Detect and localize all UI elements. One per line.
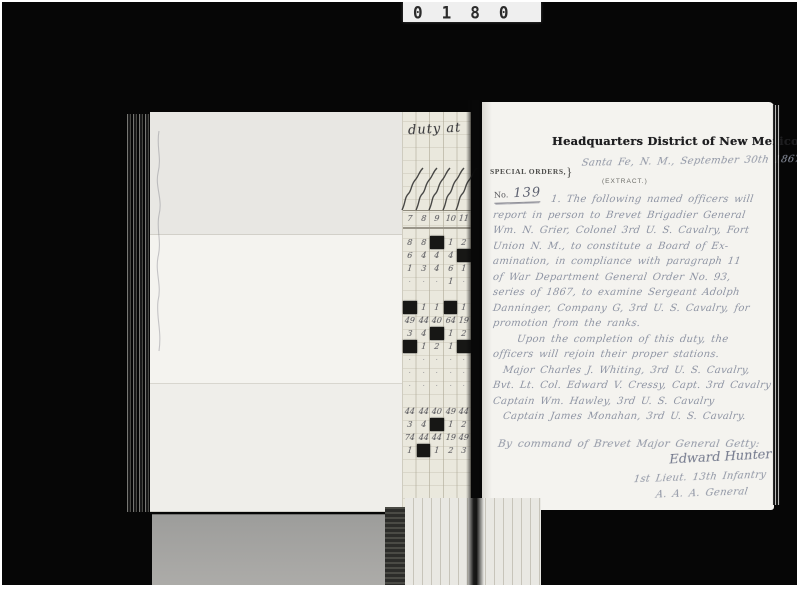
right-page: Headquarters District of New Mexico. San… bbox=[482, 102, 774, 510]
page-header: Headquarters District of New Mexico. bbox=[552, 134, 797, 148]
strip-data-rows: 8812644413461···1·11149444064193412121··… bbox=[403, 236, 471, 496]
tally-cell bbox=[430, 288, 445, 301]
orders-brace: } bbox=[566, 164, 573, 179]
tally-cell: 1 bbox=[430, 444, 445, 457]
closing-line: By command of Brevet Major General Getty… bbox=[497, 438, 760, 450]
tally-row: ····· bbox=[403, 353, 471, 366]
right-page-stack-edges bbox=[772, 105, 780, 505]
tally-cell: · bbox=[430, 379, 445, 392]
tally-row bbox=[403, 483, 471, 496]
tally-cell: 1 bbox=[402, 262, 417, 275]
special-orders-label: SPECIAL ORDERS,} bbox=[490, 164, 573, 180]
tally-row: 8812 bbox=[403, 236, 471, 249]
left-page-stack-edges bbox=[125, 114, 152, 512]
book-spine-shadow-bottom bbox=[466, 498, 484, 585]
frame-counter-label: 0180 bbox=[403, 2, 541, 22]
tally-cell: 3 bbox=[402, 327, 417, 340]
tally-cell bbox=[402, 457, 417, 470]
tally-cell: 4 bbox=[443, 249, 458, 262]
tally-row bbox=[403, 288, 471, 301]
tally-cell: 8 bbox=[416, 236, 431, 249]
tally-row: 111 bbox=[403, 301, 471, 314]
tally-cell: 1 bbox=[430, 301, 445, 314]
tally-row bbox=[403, 392, 471, 405]
handwritten-line: Major Charles J. Whiting, 3rd U. S. Cava… bbox=[502, 363, 772, 379]
tally-cell: 4 bbox=[430, 262, 445, 275]
margin-scribble bbox=[152, 127, 166, 357]
tally-row: 4444404944 bbox=[403, 405, 471, 418]
tally-row: ····· bbox=[403, 379, 471, 392]
tally-row: ···1· bbox=[403, 275, 471, 288]
tally-cell: 2 bbox=[430, 340, 445, 353]
strip-day-number-row: 7891011 bbox=[403, 212, 471, 229]
tally-row bbox=[403, 457, 471, 470]
tally-cell: 4 bbox=[416, 418, 431, 431]
handwritten-line: of War Department General Order No. 93, bbox=[492, 270, 772, 286]
handwritten-line: Upon the completion of this duty, the bbox=[516, 332, 772, 348]
tally-dark-cell bbox=[430, 418, 444, 431]
special-orders-text: SPECIAL ORDERS, bbox=[490, 167, 566, 176]
tally-cell bbox=[402, 470, 417, 483]
handwritten-line: promotion from the ranks. bbox=[492, 316, 772, 332]
tally-cell: · bbox=[402, 366, 417, 379]
tally-dark-cell bbox=[417, 444, 431, 457]
tally-cell: 7 bbox=[402, 212, 417, 225]
ledger-strip: duty at 7891011 8812644413461···1·111494… bbox=[402, 112, 471, 512]
tally-row: 3412 bbox=[403, 418, 471, 431]
photo-background: 0180 duty at 7891011 8812644413461···1· bbox=[2, 2, 797, 585]
tally-dark-cell bbox=[430, 327, 444, 340]
signature-name: Edward Hunter bbox=[668, 447, 773, 468]
tally-cell: · bbox=[430, 275, 445, 288]
tally-row: 13461 bbox=[403, 262, 471, 275]
tally-row: 1123 bbox=[403, 444, 471, 457]
tally-cell: 3 bbox=[402, 418, 417, 431]
blank-sheet-top bbox=[150, 112, 403, 235]
tally-cell: 44 bbox=[402, 405, 417, 418]
tally-cell: · bbox=[402, 275, 417, 288]
tally-dark-cell bbox=[444, 301, 458, 314]
tally-row: 121 bbox=[403, 340, 471, 353]
tally-row: 4944406419 bbox=[403, 314, 471, 327]
bottom-gray-page bbox=[152, 514, 385, 585]
handwritten-line: Danninger, Company G, 3rd U. S. Cavalry,… bbox=[492, 301, 772, 317]
tally-row: 6444 bbox=[403, 249, 471, 262]
tally-cell bbox=[430, 470, 445, 483]
tally-cell bbox=[430, 392, 445, 405]
handwritten-line: Bvt. Lt. Col. Edward V. Cressy, Capt. 3r… bbox=[492, 378, 772, 394]
tally-cell: 1 bbox=[402, 444, 417, 457]
bottom-page-torn-edge bbox=[385, 507, 405, 585]
handwritten-line: Union N. M., to constitute a Board of Ex… bbox=[492, 239, 772, 255]
handwritten-line: series of 1867, to examine Sergeant Adol… bbox=[492, 285, 772, 301]
strip-heading: duty at bbox=[408, 121, 462, 139]
tally-cell: 40 bbox=[430, 314, 445, 327]
extract-label: (EXTRACT.) bbox=[602, 178, 648, 185]
tally-cell: 1 bbox=[443, 340, 458, 353]
tally-cell bbox=[402, 392, 417, 405]
tally-cell: 6 bbox=[402, 249, 417, 262]
tally-cell: 40 bbox=[430, 405, 445, 418]
blank-sheet-bottom bbox=[150, 384, 403, 512]
tally-cell: 49 bbox=[402, 314, 417, 327]
tally-row: 7444441949 bbox=[403, 431, 471, 444]
tally-cell: · bbox=[430, 366, 445, 379]
tally-cell bbox=[430, 483, 445, 496]
signature-title-2: A. A. A. General bbox=[655, 486, 749, 500]
tally-cell: · bbox=[430, 353, 445, 366]
tally-dark-cell bbox=[430, 236, 444, 249]
left-page bbox=[150, 112, 403, 512]
tally-cell: 4 bbox=[416, 327, 431, 340]
handwritten-line: report in person to Brevet Brigadier Gen… bbox=[492, 208, 772, 224]
handwritten-line: Wm. N. Grier, Colonel 3rd U. S. Cavalry,… bbox=[492, 223, 772, 239]
tally-cell: · bbox=[402, 379, 417, 392]
strip-column-headers bbox=[403, 150, 471, 211]
tally-row bbox=[403, 470, 471, 483]
handwritten-line: Captain Wm. Hawley, 3rd U. S. Cavalry bbox=[492, 394, 772, 410]
tally-cell: 44 bbox=[430, 431, 445, 444]
handwritten-line: officers will rejoin their proper statio… bbox=[492, 347, 772, 363]
tally-dark-cell bbox=[403, 301, 417, 314]
frame-counter-digits: 0180 bbox=[403, 2, 528, 22]
tally-row: ····· bbox=[403, 366, 471, 379]
signature-title-1: 1st Lieut. 13th Infantry bbox=[633, 470, 767, 486]
tally-cell: · bbox=[402, 353, 417, 366]
handwritten-line: amination, in compliance with paragraph … bbox=[492, 254, 772, 270]
tally-row: 3412 bbox=[403, 327, 471, 340]
tally-cell: 9 bbox=[430, 212, 445, 225]
tally-cell bbox=[430, 457, 445, 470]
dateline: Santa Fe, N. M., September 30th 1867 bbox=[581, 154, 797, 169]
tally-dark-cell bbox=[403, 340, 417, 353]
tally-cell bbox=[402, 483, 417, 496]
tally-cell bbox=[402, 288, 417, 301]
tally-cell: 74 bbox=[402, 431, 417, 444]
tally-cell: 4 bbox=[430, 249, 445, 262]
handwritten-line: 1. The following named officers will bbox=[550, 192, 772, 208]
handwritten-line: Captain James Monahan, 3rd U. S. Cavalry… bbox=[502, 409, 772, 425]
order-body: 1. The following named officers willrepo… bbox=[493, 192, 771, 425]
tally-cell: 8 bbox=[402, 236, 417, 249]
blank-sheet-middle bbox=[150, 235, 403, 384]
